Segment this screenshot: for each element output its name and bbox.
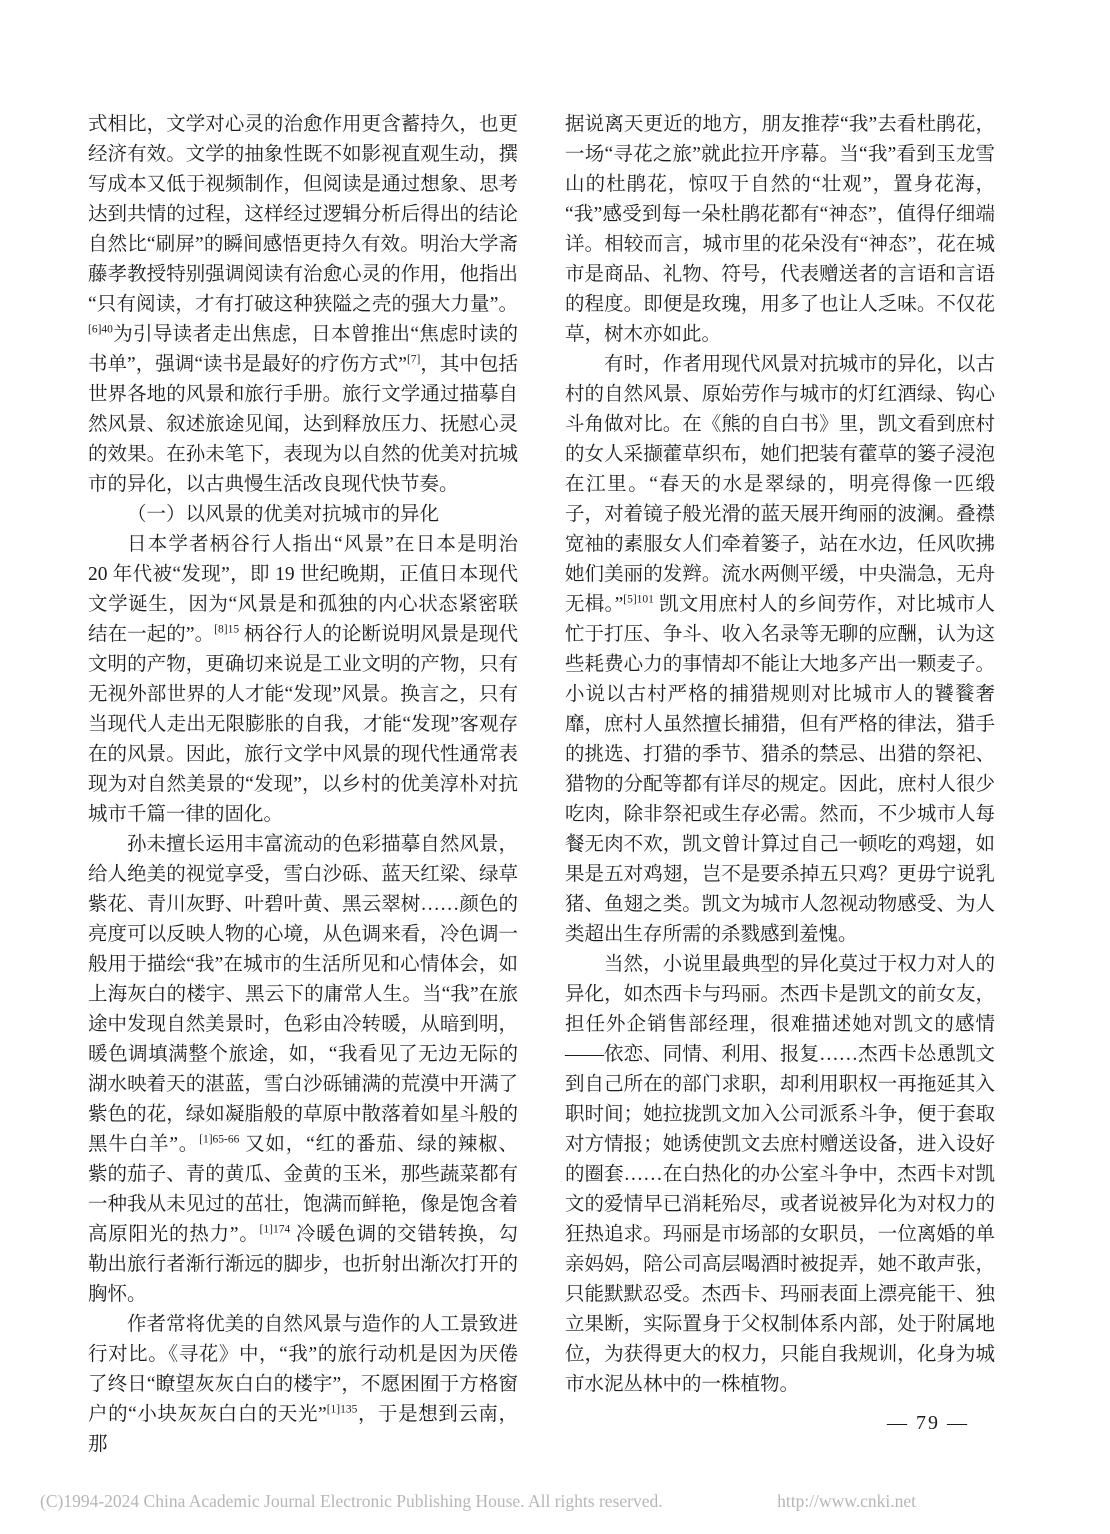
- citation-ref: [1]65-66: [199, 1134, 239, 1146]
- scan-footer: (C)1994-2024 China Academic Journal Elec…: [40, 1491, 916, 1512]
- page-number: — 79 —: [565, 1408, 995, 1438]
- paragraph: 当然，小说里最典型的异化莫过于权力对人的异化，如杰西卡与玛丽。杰西卡是凯文的前女…: [565, 950, 995, 1400]
- left-column: 式相比，文学对心灵的治愈作用更含蓄持久，也更经济有效。文学的抽象性既不如影视直观…: [88, 110, 518, 1460]
- paragraph: 有时，作者用现代风景对抗城市的异化，以古村的自然风景、原始劳作与城市的灯红酒绿、…: [565, 350, 995, 950]
- right-column: 据说离天更近的地方，朋友推荐“我”去看杜鹃花，一场“寻花之旅”就此拉开序幕。当“…: [565, 110, 995, 1460]
- citation-ref: [8]15: [214, 624, 239, 636]
- footer-url: http://www.cnki.net: [777, 1491, 916, 1512]
- footer-copyright: (C)1994-2024 China Academic Journal Elec…: [40, 1491, 663, 1512]
- citation-ref: [1]174: [260, 1224, 291, 1236]
- paragraph: 式相比，文学对心灵的治愈作用更含蓄持久，也更经济有效。文学的抽象性既不如影视直观…: [88, 110, 518, 500]
- section-heading: （一）以风景的优美对抗城市的异化: [88, 500, 518, 530]
- paragraph: 据说离天更近的地方，朋友推荐“我”去看杜鹃花，一场“寻花之旅”就此拉开序幕。当“…: [565, 110, 995, 350]
- paragraph: 日本学者柄谷行人指出“风景”在日本是明治 20 年代被“发现”，即 19 世纪晚…: [88, 530, 518, 830]
- paragraph: 孙未擅长运用丰富流动的色彩描摹自然风景，给人绝美的视觉享受，雪白沙砾、蓝天红梁、…: [88, 830, 518, 1310]
- citation-ref: [7]: [407, 354, 420, 366]
- citation-ref: [1]135: [327, 1404, 358, 1416]
- citation-ref: [5]101: [623, 594, 654, 606]
- right-column-paragraphs: 据说离天更近的地方，朋友推荐“我”去看杜鹃花，一场“寻花之旅”就此拉开序幕。当“…: [565, 110, 995, 1400]
- paragraph: 作者常将优美的自然风景与造作的人工景致进行对比。《寻花》中，“我”的旅行动机是因…: [88, 1310, 518, 1460]
- citation-ref: [6]40: [88, 324, 113, 336]
- journal-page: 式相比，文学对心灵的治愈作用更含蓄持久，也更经济有效。文学的抽象性既不如影视直观…: [0, 0, 1110, 1534]
- article-body: 式相比，文学对心灵的治愈作用更含蓄持久，也更经济有效。文学的抽象性既不如影视直观…: [88, 110, 996, 1460]
